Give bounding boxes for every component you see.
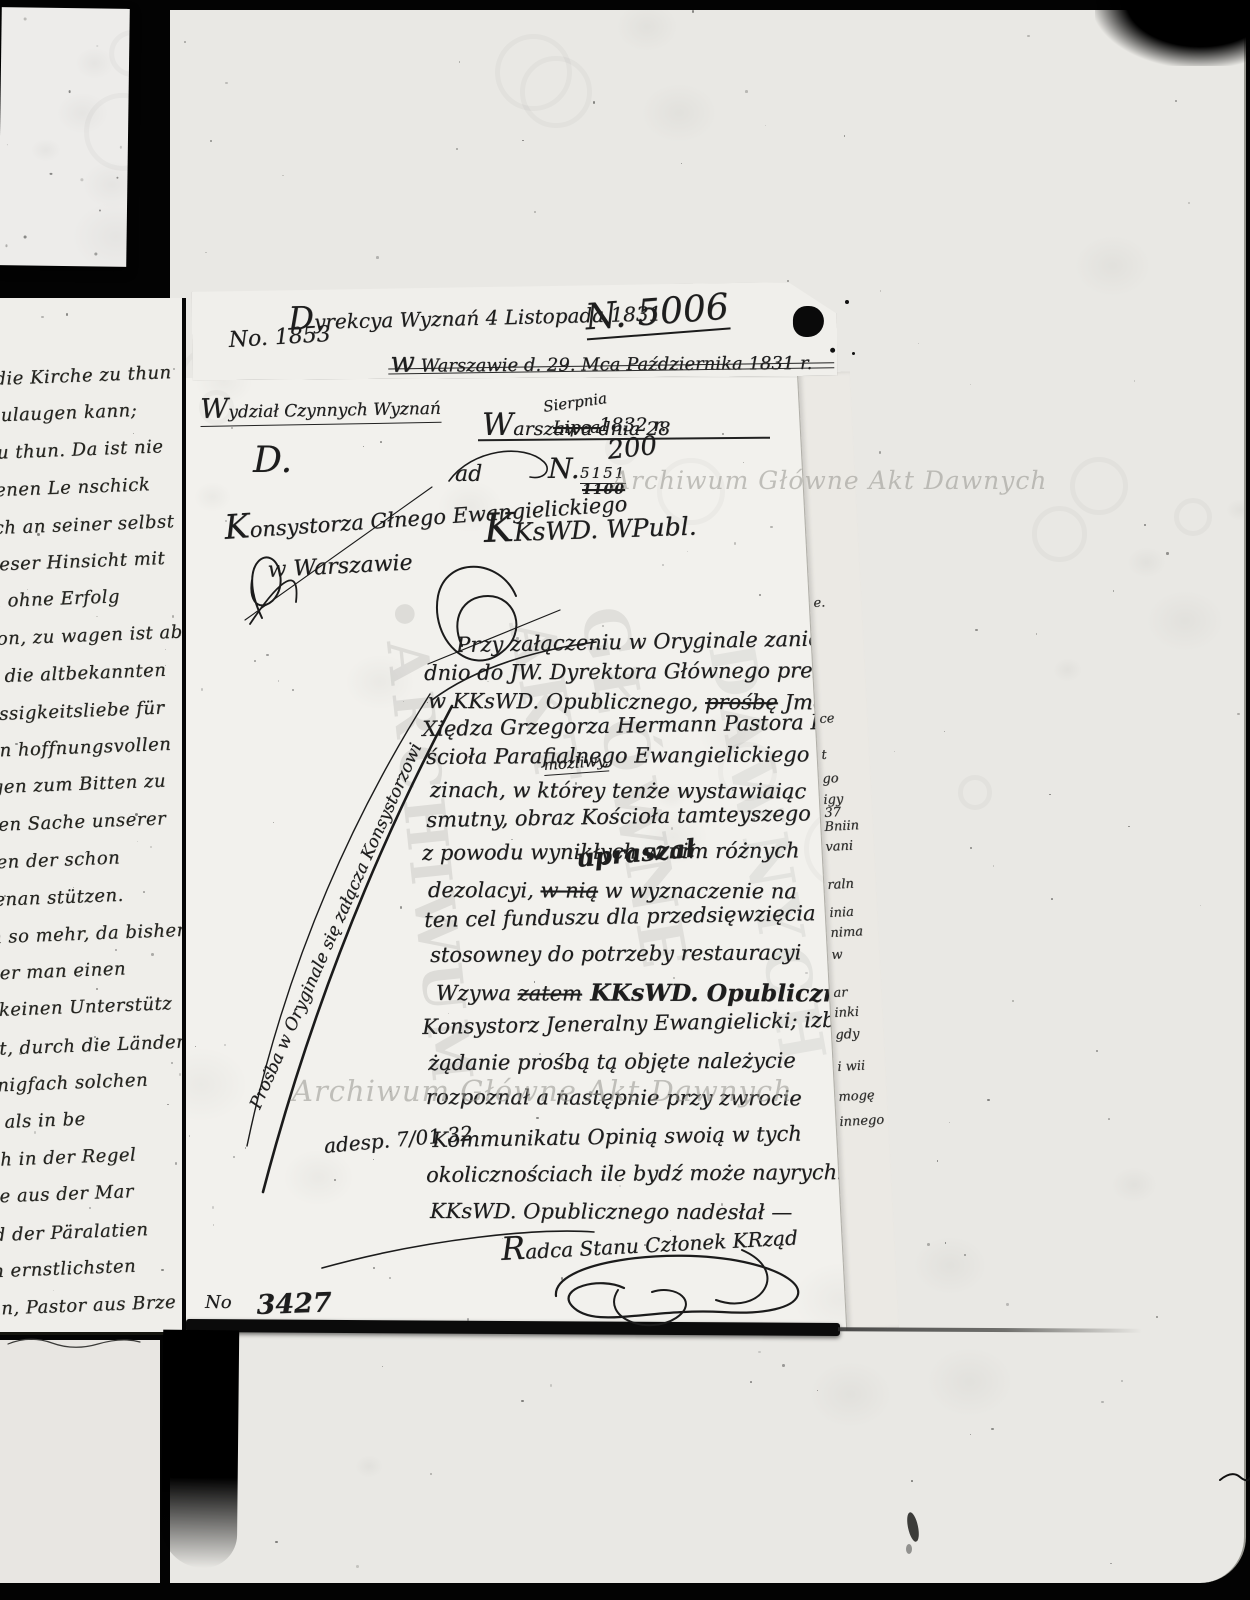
letter-body-line: ten cel funduszu dla przedsięwzięcia (424, 901, 816, 932)
registry-left-number: No. 1853 (228, 322, 331, 353)
letter-page: Wydział Czynnych Wyznań Warszawa dnia 28… (186, 378, 852, 1326)
edge-fragment: nima (830, 924, 863, 941)
edge-fragment: Bniin (824, 818, 859, 835)
archival-scan: sd die Kirche zu thuno maulaugen kann;in… (0, 0, 1250, 1600)
bottom-left-paper-sheet (0, 1340, 160, 1583)
german-text-line: auch an seiner selbst (0, 511, 175, 540)
folio-number: 3427 (256, 1287, 332, 1321)
german-text-line: in dieser Hinsicht mit (0, 548, 166, 577)
edge-fragment: go (822, 771, 839, 787)
salutation-d: D. (253, 440, 292, 481)
edge-fragment: ar (833, 985, 848, 1001)
registry-slip: Dyrekcya Wyznań 4 Listopada 1831 N. 5006… (192, 282, 838, 381)
edge-fragment: raln (827, 877, 854, 893)
german-text-line: wieder man einen (0, 959, 126, 987)
german-text-line: auch die altbekannten (0, 659, 167, 688)
german-text-line: hause aus der Mar (0, 1181, 134, 1209)
addressee-line2: w Warszawie (267, 550, 413, 583)
german-text-line: sd die Kirche zu thun (0, 362, 172, 391)
edge-fragment: inki (834, 1005, 859, 1021)
german-text-line: mehr als in be (0, 1109, 86, 1135)
ref-n: N. (548, 452, 580, 485)
german-text-line: untenan stützen. (0, 885, 124, 912)
edge-fragment: inia (829, 905, 854, 921)
german-text-line: auch in der Regel (0, 1145, 137, 1173)
letter-body-line: smutny, obraz Kościoła tamteyszego (426, 801, 811, 832)
letter-body-line: Konsystorz Jeneralny Ewangielicki; izby … (422, 1007, 872, 1039)
dispatch-note: adesp. 7/01 32 (323, 1121, 474, 1158)
letter-body-line: Xiędza Grzegorza Hermann Pastora Ko- (422, 710, 845, 741)
edge-fragment: w (831, 947, 843, 963)
ink-blot (793, 306, 824, 337)
german-text-line: ist an hoffnungsvollen (0, 734, 172, 763)
german-manuscript-page: sd die Kirche zu thuno maulaugen kann;in… (0, 298, 182, 1335)
ink-dot (852, 352, 855, 355)
ink-dot (845, 300, 849, 304)
month-struck: Lipca (553, 418, 600, 438)
edge-fragment: mogę (838, 1088, 875, 1105)
german-text-line: mann, Pastor aus Brze (0, 1292, 177, 1321)
german-text-line: rfindenen Le nschick (0, 474, 151, 503)
margin-note: Prośba w Oryginale się załącza Konsystor… (246, 740, 426, 1112)
edge-fragment: vani (825, 839, 853, 855)
german-text-line: and der Päralatien (0, 1219, 149, 1247)
edge-fragment: gdy (835, 1027, 860, 1043)
top-right-shadow-blob (1095, 0, 1250, 66)
german-text-line: g zum ernstlichsten (0, 1256, 137, 1284)
german-text-line: jetzt, durch die Länder (0, 1031, 182, 1060)
german-text-line: um so mehr, da bisher (0, 920, 182, 949)
german-text-line: wenigen zum Bitten zu (0, 771, 166, 800)
top-left-paper-slip (0, 7, 130, 267)
german-text-line: mässigkeitsliebe für (0, 697, 165, 725)
german-text-line: mannigfach solchen (0, 1069, 148, 1097)
edge-fragment: t (821, 748, 827, 763)
letter-body-line: dezolacyi, w nią w wyznaczenie na (428, 878, 797, 903)
german-text-line: o maulaugen kann; (0, 400, 138, 428)
german-text-line: schon, zu wagen ist ab (0, 622, 182, 651)
letter-body-line: Wzywa zatem KKsWD. Opubliczną (436, 978, 855, 1007)
german-text-line: nung keinen Unterstütz (0, 994, 173, 1024)
bottom-black-gap-strip (161, 1330, 239, 1569)
folio-label: No (205, 1292, 232, 1313)
german-text-line: in zu thun. Da ist nie (0, 437, 164, 466)
paper-blemish-small (906, 1544, 912, 1554)
letter-body-line: stosowney do potrzeby restauracyi (430, 940, 801, 967)
letter-body-line: rozpoznał a następnie przy zwrocie (426, 1085, 802, 1110)
edge-fragment: e. (813, 595, 826, 611)
letter-body-line: żądanie prośbą tą objęte należycie (428, 1048, 796, 1075)
edge-fragment: innego (839, 1113, 884, 1130)
edge-fragment: ce (819, 711, 835, 727)
ink-dot (830, 348, 835, 353)
german-text-line: Nutzen der schon (0, 847, 121, 875)
german-text-line: bitten ohne Erfolg (0, 586, 120, 614)
edge-fragment: i wii (837, 1059, 865, 1075)
german-text-line: guten Sache unserer (0, 809, 167, 838)
insert-mozliwy: możliwy, (543, 751, 609, 775)
letter-body-line: Kommunikatu Opinią swoią w tych (432, 1122, 802, 1152)
letter-body-line: okolicznościach ile bydź może nayrychley (426, 1160, 868, 1187)
